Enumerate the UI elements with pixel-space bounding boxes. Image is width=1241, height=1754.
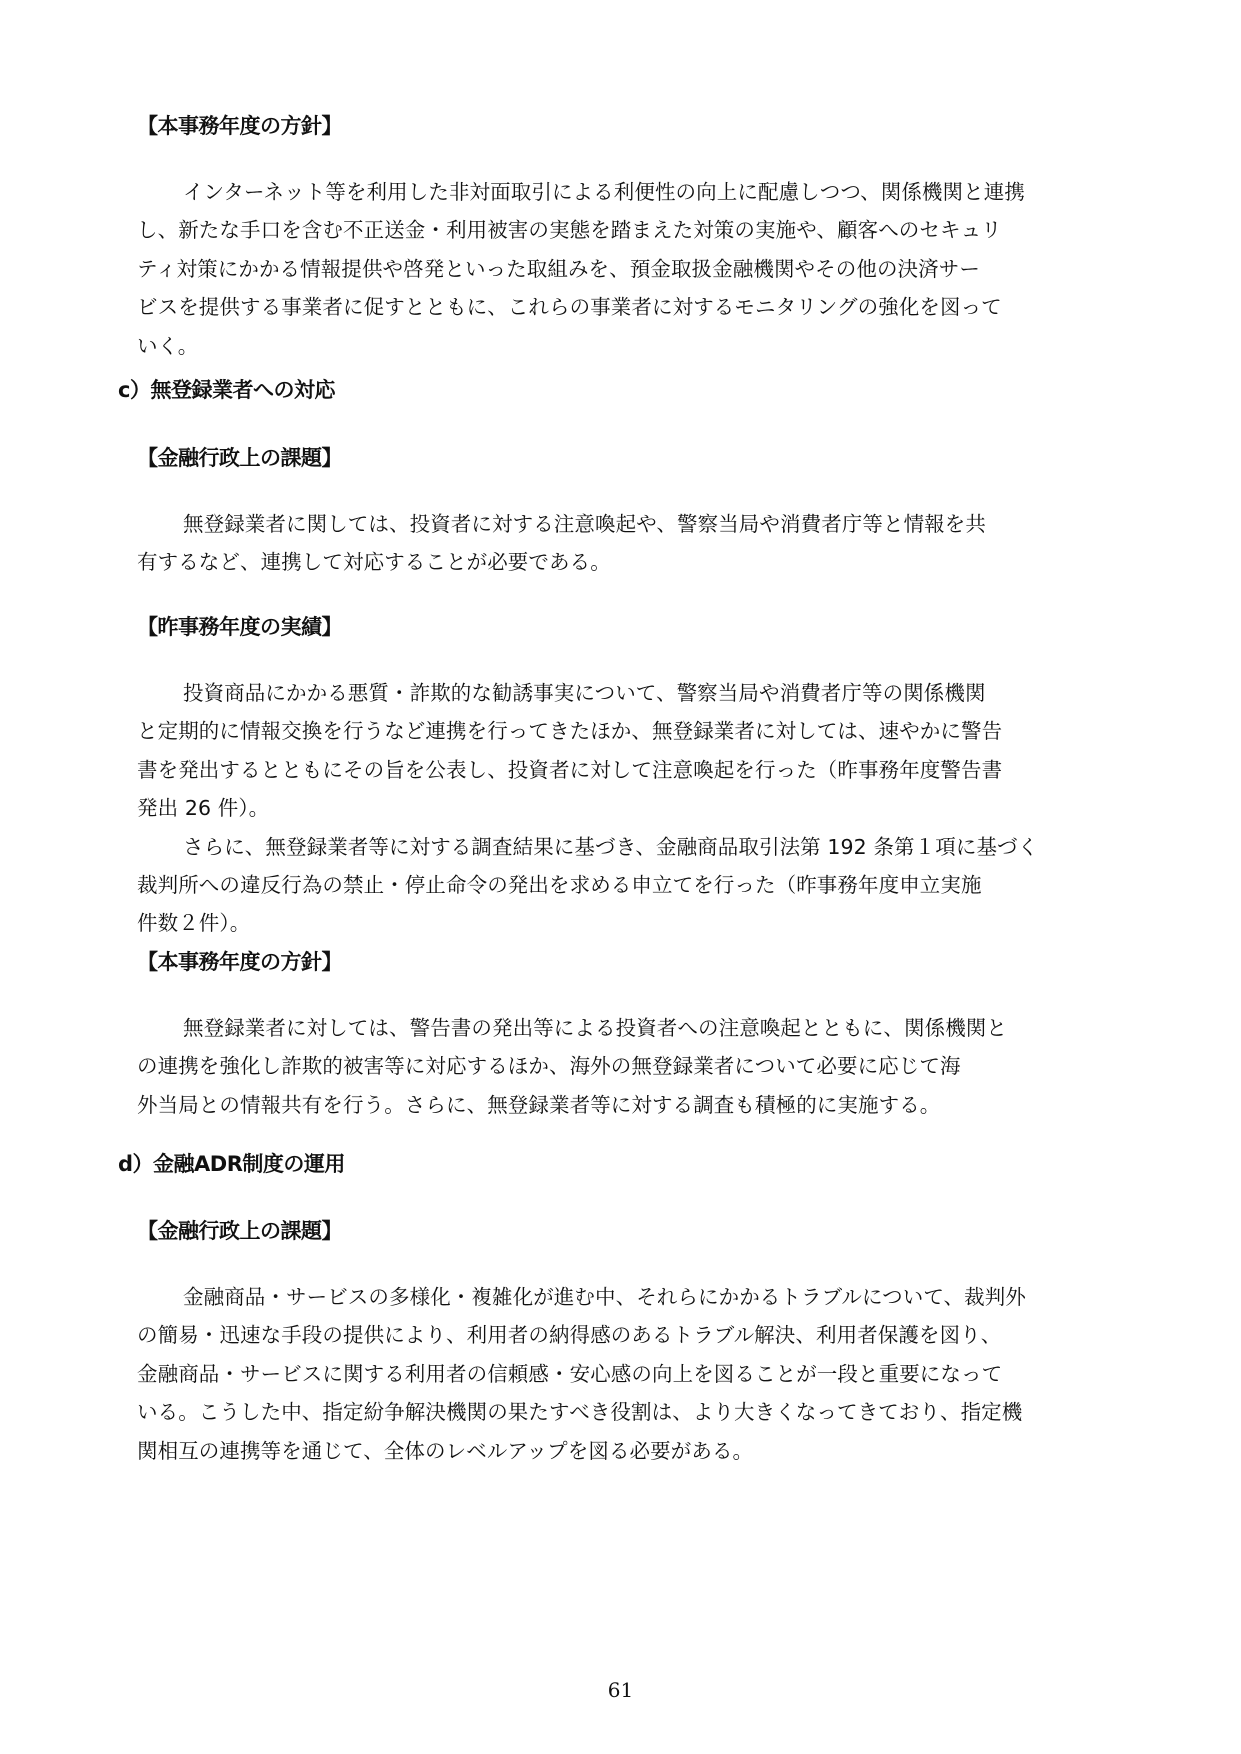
section-heading-issues-c: 【金融行政上の課題】	[137, 444, 1122, 472]
paragraph-policy-b: インターネット等を利用した非対面取引による利便性の向上に配慮しつつ、関係機関と連…	[137, 173, 1122, 365]
text-line: 金融商品・サービスに関する利用者の信頼感・安心感の向上を図ることが一段と重要にな…	[137, 1355, 1122, 1393]
text-line: 外当局との情報共有を行う。さらに、無登録業者等に対する調査も積極的に実施する。	[137, 1086, 1122, 1124]
text-line: インターネット等を利用した非対面取引による利便性の向上に配慮しつつ、関係機関と連…	[137, 173, 1122, 211]
paragraph-issues-c: 無登録業者に関しては、投資者に対する注意喚起や、警察当局や消費者庁等と情報を共 …	[137, 505, 1122, 582]
text-line: 件数２件）。	[137, 904, 1122, 942]
text-line: し、新たな手口を含む不正送金・利用被害の実態を踏まえた対策の実施や、顧客へのセキ…	[137, 211, 1122, 249]
subsection-title-d: d）金融ADR制度の運用	[118, 1150, 345, 1178]
text-line: の連携を強化し詐欺的被害等に対応するほか、海外の無登録業者について必要に応じて海	[137, 1047, 1122, 1085]
document-page: 【本事務年度の方針】 インターネット等を利用した非対面取引による利便性の向上に配…	[0, 0, 1241, 1754]
section-heading-issues-d: 【金融行政上の課題】	[137, 1217, 1122, 1245]
text-line: 書を発出するとともにその旨を公表し、投資者に対して注意喚起を行った（昨事務年度警…	[137, 751, 1122, 789]
section-heading-policy-c: 【本事務年度の方針】	[137, 948, 1122, 976]
text-line: ティ対策にかかる情報提供や啓発といった取組みを、預金取扱金融機関やその他の決済サ…	[137, 250, 1122, 288]
text-line: 無登録業者に関しては、投資者に対する注意喚起や、警察当局や消費者庁等と情報を共	[137, 505, 1122, 543]
section-heading-policy-b: 【本事務年度の方針】	[137, 112, 1122, 140]
section-heading-results-c: 【昨事務年度の実績】	[137, 613, 1122, 641]
text-line: 金融商品・サービスの多様化・複雑化が進む中、それらにかかるトラブルについて、裁判…	[137, 1278, 1122, 1316]
page-number: 61	[0, 1678, 1241, 1702]
text-line: いる。こうした中、指定紛争解決機関の果たすべき役割は、より大きくなってきており、…	[137, 1393, 1122, 1431]
paragraph-policy-c: 無登録業者に対しては、警告書の発出等による投資者への注意喚起とともに、関係機関と…	[137, 1009, 1122, 1124]
paragraph-issues-d: 金融商品・サービスの多様化・複雑化が進む中、それらにかかるトラブルについて、裁判…	[137, 1278, 1122, 1470]
text-line: 無登録業者に対しては、警告書の発出等による投資者への注意喚起とともに、関係機関と	[137, 1009, 1122, 1047]
subsection-title-c: c）無登録業者への対応	[118, 376, 335, 404]
text-line: ビスを提供する事業者に促すとともに、これらの事業者に対するモニタリングの強化を図…	[137, 288, 1122, 326]
text-line: の簡易・迅速な手段の提供により、利用者の納得感のあるトラブル解決、利用者保護を図…	[137, 1316, 1122, 1354]
text-line: 投資商品にかかる悪質・詐欺的な勧誘事実について、警察当局や消費者庁等の関係機関	[137, 674, 1122, 712]
text-line: いく。	[137, 327, 1122, 365]
text-line: 発出 26 件）。	[137, 789, 1122, 827]
text-line: さらに、無登録業者等に対する調査結果に基づき、金融商品取引法第 192 条第１項…	[137, 828, 1122, 866]
paragraph-results-c: 投資商品にかかる悪質・詐欺的な勧誘事実について、警察当局や消費者庁等の関係機関 …	[137, 674, 1122, 943]
text-line: と定期的に情報交換を行うなど連携を行ってきたほか、無登録業者に対しては、速やかに…	[137, 712, 1122, 750]
text-line: 関相互の連携等を通じて、全体のレベルアップを図る必要がある。	[137, 1432, 1122, 1470]
text-line: 裁判所への違反行為の禁止・停止命令の発出を求める申立てを行った（昨事務年度申立実…	[137, 866, 1122, 904]
text-line: 有するなど、連携して対応することが必要である。	[137, 543, 1122, 581]
